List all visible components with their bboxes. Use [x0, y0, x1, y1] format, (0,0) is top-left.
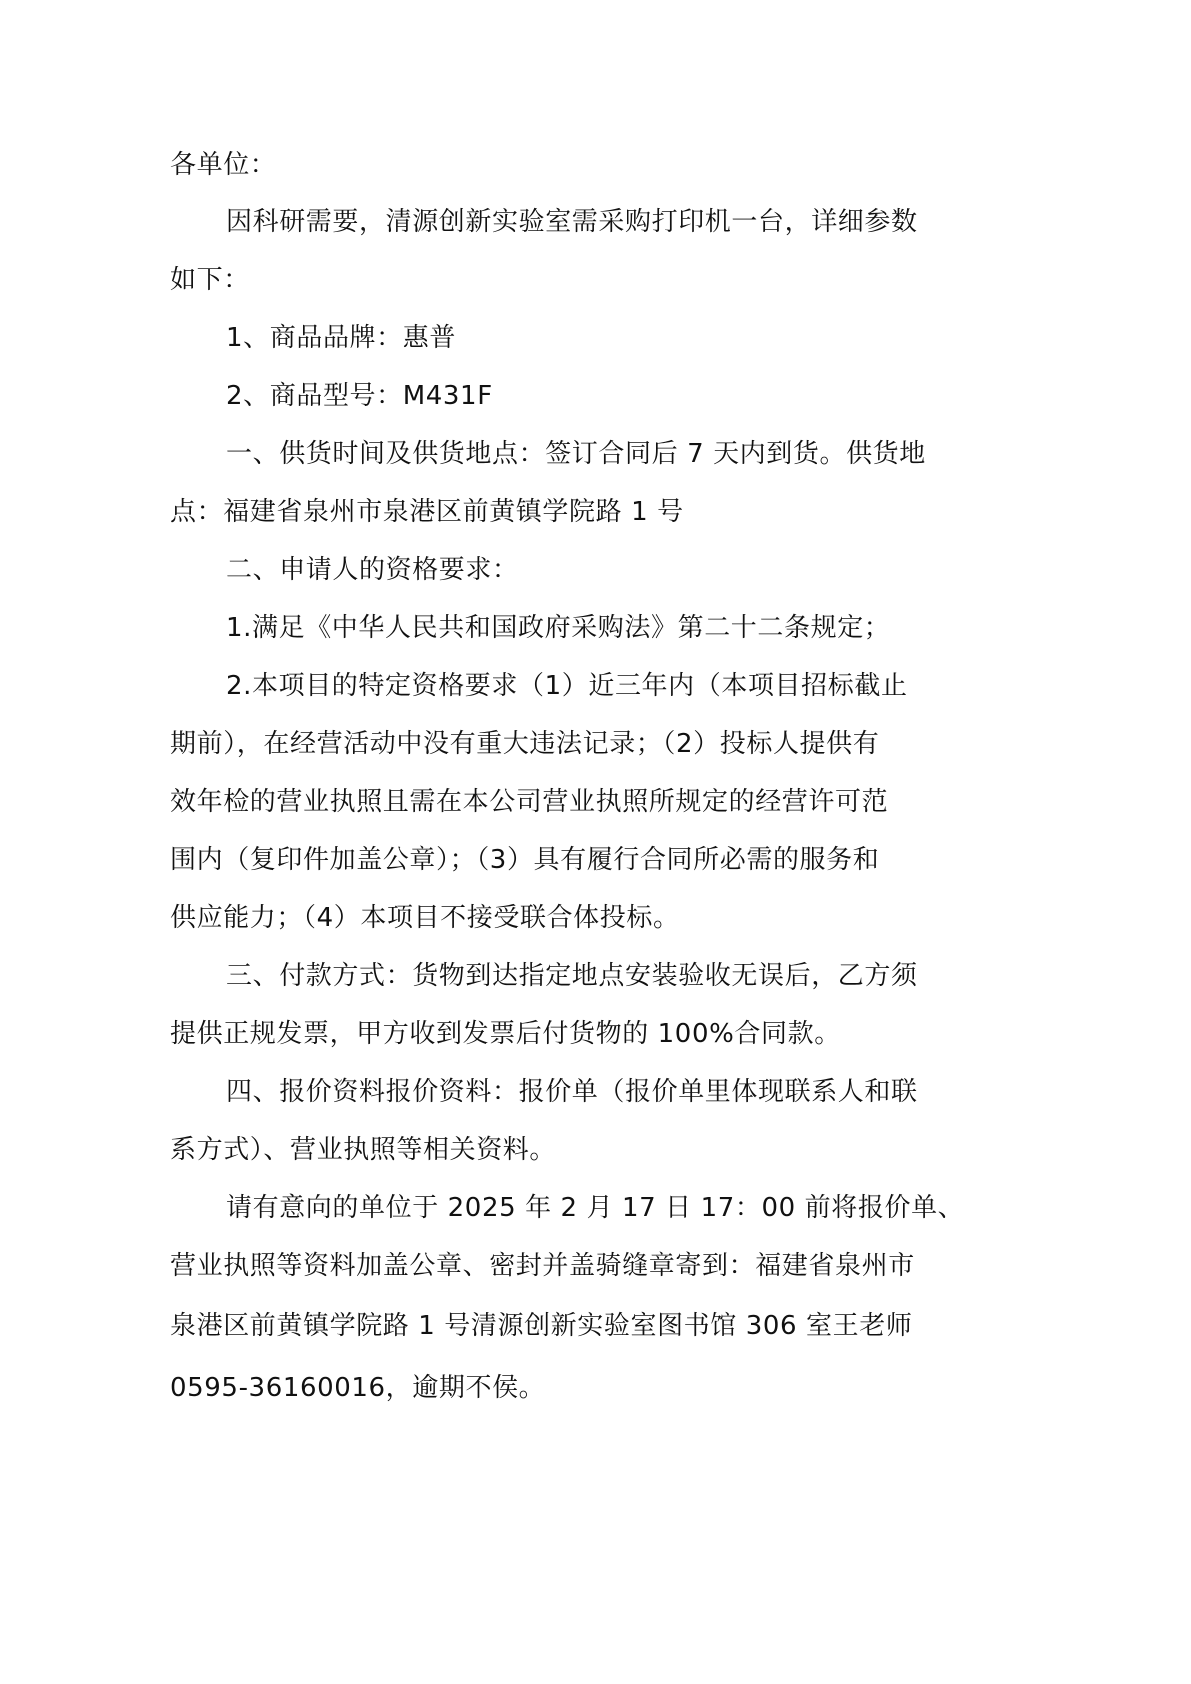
submission-line-3: 泉港区前黄镇学院路 1 号清源创新实验室图书馆 306 室王老师 — [170, 1310, 912, 1342]
section-4-quote-line-1: 四、报价资料报价资料：报价单（报价单里体现联系人和联 — [226, 1076, 918, 1108]
submission-line-4-phone: 0595-36160016，逾期不侯。 — [170, 1372, 545, 1404]
section-1-delivery-line-2: 点：福建省泉州市泉港区前黄镇学院路 1 号 — [170, 496, 684, 528]
section-4-quote-line-2: 系方式）、营业执照等相关资料。 — [170, 1134, 556, 1166]
requirement-2-line-1: 2.本项目的特定资格要求（1）近三年内（本项目招标截止 — [226, 670, 908, 702]
submission-line-2: 营业执照等资料加盖公章、密封并盖骑缝章寄到：福建省泉州市 — [170, 1250, 915, 1282]
submission-line-1: 请有意向的单位于 2025 年 2 月 17 日 17：00 前将报价单、 — [226, 1192, 964, 1224]
intro-paragraph-line-2: 如下： — [170, 264, 250, 296]
section-3-payment-line-2: 提供正规发票，甲方收到发票后付货物的 100%合同款。 — [170, 1018, 841, 1050]
requirement-2-line-3: 效年检的营业执照且需在本公司营业执照所规定的经营许可范 — [170, 786, 888, 818]
requirement-2-line-5: 供应能力；（4）本项目不接受联合体投标。 — [170, 902, 680, 934]
intro-paragraph-line-1: 因科研需要，清源创新实验室需采购打印机一台，详细参数 — [226, 206, 918, 238]
item-model: 2、商品型号：M431F — [226, 380, 493, 412]
section-2-heading: 二、申请人的资格要求： — [226, 554, 519, 586]
salutation: 各单位： — [170, 149, 276, 181]
item-brand: 1、商品品牌：惠普 — [226, 322, 456, 354]
requirement-1: 1.满足《中华人民共和国政府采购法》第二十二条规定； — [226, 612, 890, 644]
requirement-2-line-2: 期前），在经营活动中没有重大违法记录；（2）投标人提供有 — [170, 728, 879, 760]
document-page: 各单位： 因科研需要，清源创新实验室需采购打印机一台，详细参数 如下： 1、商品… — [0, 0, 1191, 1684]
section-1-delivery-line-1: 一、供货时间及供货地点：签订合同后 7 天内到货。供货地 — [226, 438, 926, 470]
section-3-payment-line-1: 三、付款方式：货物到达指定地点安装验收无误后，乙方须 — [226, 960, 918, 992]
requirement-2-line-4: 围内（复印件加盖公章）；（3）具有履行合同所必需的服务和 — [170, 844, 879, 876]
